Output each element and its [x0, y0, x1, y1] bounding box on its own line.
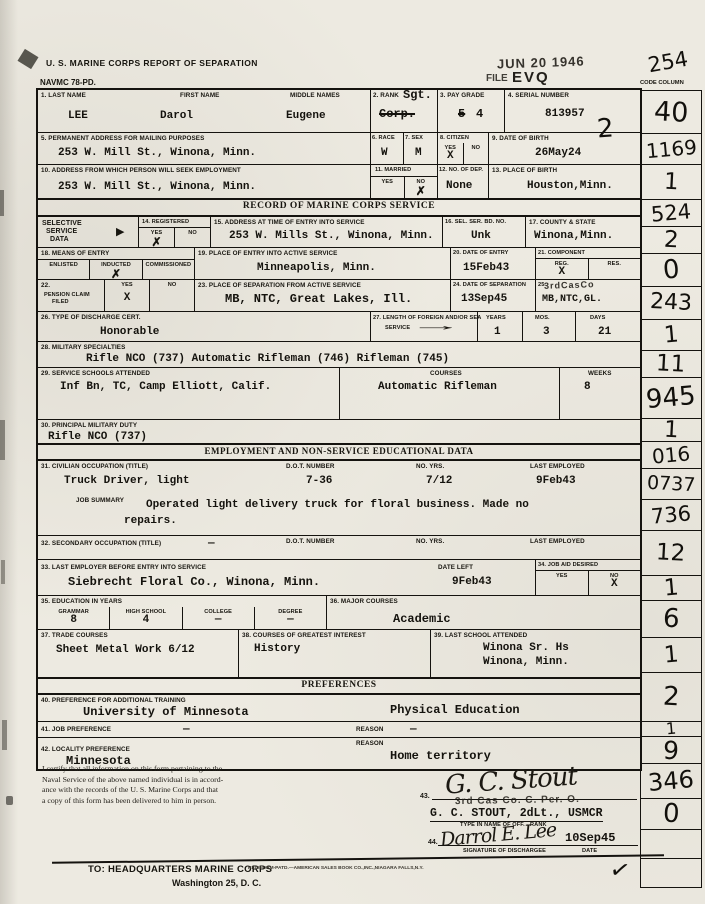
- trade-courses-value: Sheet Metal Work 6/12: [56, 644, 195, 657]
- sig43-number: 43.: [420, 793, 430, 800]
- f30-label: 30. PRINCIPAL MILITARY DUTY: [41, 422, 137, 429]
- enlisted-label: ENLISTED: [49, 262, 77, 268]
- row-last-employer: 33. LAST EMPLOYER BEFORE ENTRY INTO SERV…: [38, 559, 640, 595]
- seek-employment-address-value: 253 W. Mill St., Winona, Minn.: [58, 181, 256, 194]
- paygrade-struck: 5: [458, 108, 465, 122]
- date-left-label: DATE LEFT: [438, 564, 473, 571]
- occupation-value: Truck Driver, light: [64, 475, 189, 488]
- code-cell: 0737: [640, 469, 702, 500]
- training-course-value: Physical Education: [390, 704, 520, 718]
- pension-yes-cell: YES X: [105, 280, 149, 311]
- code-value: 6: [662, 606, 680, 633]
- code-value: 945: [645, 383, 697, 413]
- locality-reason-value: Home territory: [390, 750, 491, 764]
- f28-label: 28. MILITARY SPECIALTIES: [41, 344, 125, 351]
- officer-typed-name: G. C. STOUT, 2dLt., USMCR: [430, 807, 603, 822]
- f7-label: 7. SEX: [405, 135, 423, 141]
- registered-no-cell: NO: [174, 228, 210, 247]
- scan-smudge: [6, 796, 13, 805]
- f37-label: 37. TRADE COURSES: [41, 632, 108, 639]
- f22-label: 22.: [41, 282, 50, 289]
- first-name-value: Darol: [160, 110, 193, 123]
- section-preferences: PREFERENCES: [38, 677, 640, 695]
- school-value: Inf Bn, TC, Camp Elliott, Calif.: [60, 381, 271, 394]
- f32-label: 32. SECONDARY OCCUPATION (TITLE): [41, 540, 161, 547]
- commissioned-cell: COMMISSIONED: [142, 260, 194, 279]
- date-sublabel: DATE: [582, 848, 597, 854]
- code-value: 40: [653, 98, 689, 127]
- code-cell: 1: [640, 165, 702, 200]
- courses-value: Automatic Rifleman: [378, 381, 497, 394]
- high-school-value: 4: [110, 615, 181, 626]
- code-cell: 1169: [640, 134, 702, 165]
- code-cell: 346: [640, 764, 702, 799]
- race-value: W: [381, 147, 388, 160]
- dischargee-signature: Darrol E. Lee: [439, 819, 557, 851]
- months-value: 3: [543, 326, 550, 339]
- row-education: 35. EDUCATION IN YEARS GRAMMAR 8 HIGH SC…: [38, 595, 640, 629]
- dot-number-label: D.O.T. NUMBER: [286, 463, 335, 470]
- code-value: 1: [663, 576, 680, 600]
- date-of-entry-value: 15Feb43: [463, 262, 509, 275]
- bottom-rule: [52, 854, 664, 863]
- code-value: 2: [662, 684, 680, 711]
- job-aid-no-mark: X: [589, 579, 641, 590]
- code-cell-empty: [640, 830, 702, 859]
- code-cell: 2: [640, 673, 702, 722]
- scanned-form-page: U. S. MARINE CORPS REPORT OF SEPARATION …: [0, 0, 705, 904]
- row-service-schools: 29. SERVICE SCHOOLS ATTENDED Inf Bn, TC,…: [38, 367, 640, 419]
- code-value: 9: [662, 737, 679, 763]
- footer-to-line2: Washington 25, D. C.: [172, 878, 261, 888]
- pension-claim-label: PENSION CLAIM: [44, 292, 90, 298]
- certification-text: I certify that all information on this f…: [42, 764, 377, 806]
- pob-value: Houston,Minn.: [527, 180, 613, 193]
- code-cell: 9: [640, 737, 702, 764]
- pension-no-label: NO: [168, 282, 177, 288]
- section-employment-data: EMPLOYMENT AND NON-SERVICE EDUCATIONAL D…: [38, 443, 640, 461]
- code-value: 0737: [646, 473, 695, 495]
- code-cell: 1: [640, 576, 702, 601]
- registered-no-label: NO: [188, 230, 197, 236]
- no-yrs-label: NO. YRS.: [416, 463, 444, 470]
- job-aid-no-cell: NO X: [588, 571, 641, 595]
- row-secondary-occupation: 32. SECONDARY OCCUPATION (TITLE) — D.O.T…: [38, 535, 640, 559]
- form-title: U. S. MARINE CORPS REPORT OF SEPARATION: [46, 58, 258, 68]
- greatest-interest-value: History: [254, 643, 300, 656]
- grammar-cell: GRAMMAR 8: [38, 607, 109, 629]
- selective-arrow-icon: ▶: [116, 225, 124, 238]
- f14-label: 14. REGISTERED: [142, 219, 189, 225]
- code-column-label: CODE COLUMN: [640, 80, 684, 86]
- file-stamp: EVQ: [512, 69, 550, 86]
- training-preference-value: University of Minnesota: [83, 706, 249, 720]
- separation-unit-value: MB,NTC,GL.: [542, 294, 602, 306]
- row-separation: 22. PENSION CLAIM FILED YES X NO 23. PLA…: [38, 279, 640, 311]
- f31-label: 31. CIVILIAN OCCUPATION (TITLE): [41, 463, 148, 470]
- f20-label: 20. DATE OF ENTRY: [453, 250, 508, 256]
- courses-label: COURSES: [430, 370, 462, 377]
- code-cell: 736: [640, 500, 702, 531]
- grammar-value: 8: [38, 615, 109, 626]
- reason-label-42: REASON: [356, 740, 384, 747]
- place-of-separation-value: MB, NTC, Great Lakes, Ill.: [225, 293, 412, 307]
- principal-duty-value: Rifle NCO (737): [48, 431, 147, 444]
- last-school-line2: Winona, Minn.: [483, 656, 569, 669]
- f5-label: 5. PERMANENT ADDRESS FOR MAILING PURPOSE…: [41, 135, 204, 142]
- married-yes-label: YES: [382, 179, 394, 185]
- code-cell: 0: [640, 799, 702, 830]
- married-no-cell: NO ✗: [404, 177, 438, 198]
- f19-label: 19. PLACE OF ENTRY INTO ACTIVE SERVICE: [198, 250, 337, 257]
- months-label: MOS.: [535, 315, 550, 321]
- citizen-yes-cell: YES X: [438, 143, 463, 164]
- code-cell: 2: [640, 227, 702, 254]
- footer-to-line1: TO: HEADQUARTERS MARINE CORPS: [88, 864, 272, 875]
- specialties-value: Rifle NCO (737) Automatic Rifleman (746)…: [86, 353, 449, 366]
- first-name-label: FIRST NAME: [180, 92, 219, 99]
- commissioned-label: COMMISSIONED: [145, 262, 191, 268]
- scan-smudge: [18, 49, 39, 69]
- sig44-number: 44.: [428, 839, 438, 846]
- row-selective-service: SELECTIVE SERVICE DATA ▶ 14. REGISTERED …: [38, 217, 640, 247]
- f36-label: 36. MAJOR COURSES: [330, 598, 398, 605]
- code-cell-empty: [640, 859, 702, 888]
- years-value: 1: [494, 326, 501, 339]
- entry-address-value: 253 W. Mills St., Winona, Minn.: [229, 230, 434, 243]
- selective-block-line2: SERVICE: [46, 228, 77, 236]
- mailing-address-value: 253 W. Mill St., Winona, Minn.: [58, 147, 256, 160]
- code-value: 0: [662, 801, 680, 828]
- no-yrs-value: 7/12: [426, 475, 452, 488]
- selective-block-line3: DATA: [50, 236, 69, 244]
- f16-label: 16. SEL. SER. BD. NO.: [445, 219, 506, 225]
- casual-company-stamp: 3rd Cas Co. C. Per. O.: [455, 794, 580, 807]
- cert-line1: I certify that all information on this f…: [42, 764, 377, 775]
- scan-smudge: [0, 190, 4, 216]
- f15-label: 15. ADDRESS AT TIME OF ENTRY INTO SERVIC…: [214, 219, 365, 226]
- f34-label: 34. JOB AID DESIRED: [538, 562, 598, 568]
- discharge-type-value: Honorable: [100, 326, 159, 339]
- enlisted-cell: ENLISTED: [38, 260, 89, 279]
- job-summary-line2: repairs.: [124, 515, 177, 528]
- job-summary-label: JOB SUMMARY: [76, 497, 124, 504]
- citizen-no-cell: NO: [463, 143, 489, 164]
- dependents-value: None: [446, 180, 472, 193]
- married-no-mark: ✗: [405, 185, 438, 197]
- sig44-sublabel: SIGNATURE OF DISCHARGEE: [463, 848, 546, 854]
- no-yrs-label2: NO. YRS.: [416, 538, 444, 545]
- file-stamp-label: FILE: [486, 73, 508, 84]
- days-value: 21: [598, 326, 611, 339]
- f13-label: 13. PLACE OF BIRTH: [492, 167, 557, 174]
- code-cell: 524: [640, 200, 702, 227]
- code-value: 524: [650, 201, 692, 225]
- row-discharge-type: 26. TYPE OF DISCHARGE CERT. Honorable 27…: [38, 311, 640, 341]
- code-cell: 12: [640, 531, 702, 576]
- f24-label: 24. DATE OF SEPARATION: [453, 282, 526, 288]
- component-reg-cell: REG. X: [536, 259, 588, 279]
- row-principal-duty: 30. PRINCIPAL MILITARY DUTY Rifle NCO (7…: [38, 419, 640, 443]
- f2-label: 2. RANK: [373, 92, 399, 99]
- code-cell: 11: [640, 351, 702, 378]
- registered-yes-cell: YES ✗: [139, 228, 174, 247]
- rank-struck-value: Corp.: [379, 108, 415, 122]
- code-value: 1: [663, 323, 680, 347]
- f41-label: 41. JOB PREFERENCE: [41, 726, 111, 733]
- code-column: 40 1169 1 524 2 0 243 1 11 945 1 016 073…: [640, 90, 702, 888]
- code-cell: 0: [640, 254, 702, 287]
- f40-label: 40. PREFERENCE FOR ADDITIONAL TRAINING: [41, 697, 186, 704]
- rank-new-value: Sgt.: [403, 89, 432, 103]
- f12-label: 12. NO. OF DEP.: [439, 167, 483, 173]
- f35-label: 35. EDUCATION IN YEARS: [41, 598, 122, 605]
- serial-number-value: 813957: [545, 108, 585, 121]
- row-job-preference: 41. JOB PREFERENCE — REASON —: [38, 721, 640, 737]
- row-trade-courses: 37. TRADE COURSES Sheet Metal Work 6/12 …: [38, 629, 640, 677]
- last-employed-label2: LAST EMPLOYED: [530, 538, 585, 545]
- f17-label: 17. COUNTY & STATE: [529, 219, 596, 226]
- dot-number-value: 7-36: [306, 475, 332, 488]
- section-record-of-service: RECORD OF MARINE CORPS SERVICE: [38, 198, 640, 217]
- cert-line3: ance with the records of the U. S. Marin…: [42, 785, 377, 796]
- pension-filed-label: FILED: [52, 299, 69, 305]
- board-number-value: Unk: [471, 230, 491, 243]
- code-value: 11: [656, 352, 686, 377]
- weeks-value: 8: [584, 381, 591, 394]
- last-school-line1: Winona Sr. Hs: [483, 642, 569, 655]
- code-value: 346: [647, 767, 695, 795]
- f38-label: 38. COURSES OF GREATEST INTEREST: [242, 632, 366, 639]
- row-employment-address: 10. ADDRESS FROM WHICH PERSON WILL SEEK …: [38, 164, 640, 198]
- code-value: 12: [656, 541, 686, 566]
- job-aid-yes-label: YES: [556, 573, 568, 579]
- form-number: NAVMC 78-PD.: [40, 78, 96, 87]
- paygrade-value: 4: [476, 108, 483, 122]
- reason-label-41: REASON: [356, 726, 384, 733]
- secondary-occupation-dash: —: [208, 538, 215, 551]
- high-school-cell: HIGH SCHOOL 4: [109, 607, 181, 629]
- sex-value: M: [415, 147, 422, 160]
- code-value: 736: [650, 503, 692, 527]
- f26-label: 26. TYPE OF DISCHARGE CERT.: [41, 314, 141, 321]
- code-cell: 1: [640, 722, 702, 737]
- printer-note: REDIFORM-PATD.—AMERICAN SALES BOOK CO.,I…: [248, 866, 424, 871]
- discharge-date-value: 10Sep45: [565, 832, 615, 846]
- code-cell: 6: [640, 601, 702, 638]
- row-civilian-occupation: 31. CIVILIAN OCCUPATION (TITLE) D.O.T. N…: [38, 461, 640, 491]
- component-res-label: RES.: [608, 261, 621, 267]
- f9-label: 9. DATE OF BIRTH: [492, 135, 549, 142]
- code-cell: 016: [640, 442, 702, 469]
- weeks-label: WEEKS: [588, 370, 612, 377]
- code-value: 243: [649, 291, 692, 315]
- pension-no-cell: NO: [149, 280, 194, 311]
- code-cell: 1: [640, 638, 702, 673]
- last-employed-value: 9Feb43: [536, 475, 576, 488]
- code-value: 016: [651, 443, 691, 466]
- job-aid-yes-cell: YES: [536, 571, 588, 595]
- college-value: —: [183, 615, 254, 626]
- scan-smudge: [0, 420, 5, 460]
- last-employer-value: Siebrecht Floral Co., Winona, Minn.: [68, 576, 320, 590]
- f4-label: 4. SERIAL NUMBER: [508, 92, 569, 99]
- last-name-value: LEE: [68, 110, 88, 123]
- county-state-value: Winona,Minn.: [534, 230, 613, 243]
- f42-label: 42. LOCALITY PREFERENCE: [41, 746, 130, 753]
- footer-checkmark: ✓: [608, 856, 633, 884]
- cert-line2: Naval Service of the above named individ…: [42, 775, 377, 786]
- separation-unit-stamp: 3rdCasCo: [544, 279, 595, 291]
- f18-label: 18. MEANS OF ENTRY: [41, 250, 109, 257]
- code-value: 1169: [645, 137, 697, 161]
- separation-form: 1. LAST NAME FIRST NAME MIDDLE NAMES LEE…: [36, 88, 642, 771]
- code-cell: 1: [640, 320, 702, 351]
- margin-number: 254: [646, 49, 689, 77]
- dot-number-label2: D.O.T. NUMBER: [286, 538, 335, 545]
- f10-label: 10. ADDRESS FROM WHICH PERSON WILL SEEK …: [41, 167, 241, 174]
- f27-arrow-icon: →: [409, 318, 464, 333]
- citizen-yes-mark: X: [438, 151, 463, 162]
- pension-yes-label: YES: [121, 282, 133, 288]
- college-cell: COLLEGE —: [182, 607, 254, 629]
- component-reg-mark: X: [536, 267, 588, 278]
- selective-block-line1: SELECTIVE: [42, 220, 82, 228]
- f6-label: 6. RACE: [372, 135, 395, 141]
- major-courses-value: Academic: [393, 613, 451, 627]
- f1-label: 1. LAST NAME: [41, 92, 86, 99]
- code-cell: 1: [640, 419, 702, 442]
- degree-cell: DEGREE —: [254, 607, 326, 629]
- pension-yes-mark: X: [105, 293, 149, 304]
- f29-label: 29. SERVICE SCHOOLS ATTENDED: [41, 370, 150, 377]
- reason-dash-41: —: [410, 724, 417, 737]
- job-summary-line1: Operated light delivery truck for floral…: [146, 499, 529, 512]
- years-label: YEARS: [486, 315, 506, 321]
- last-employed-label: LAST EMPLOYED: [530, 463, 585, 470]
- component-res-cell: RES.: [588, 259, 641, 279]
- code-cell: 243: [640, 287, 702, 320]
- scan-smudge: [2, 720, 7, 750]
- row-training-preference: 40. PREFERENCE FOR ADDITIONAL TRAINING U…: [38, 695, 640, 721]
- code-value: 2: [663, 228, 679, 252]
- sig44-line: [438, 845, 638, 846]
- f39-label: 39. LAST SCHOOL ATTENDED: [434, 632, 527, 639]
- days-label: DAYS: [590, 315, 605, 321]
- code-value: 0: [662, 256, 681, 283]
- f8-label: 8. CITIZEN: [440, 135, 469, 141]
- code-cell: 40: [640, 90, 702, 134]
- citizen-no-label: NO: [471, 145, 480, 151]
- job-preference-dash: —: [183, 724, 190, 737]
- date-left-value: 9Feb43: [452, 576, 492, 589]
- code-value: 1: [663, 418, 679, 442]
- f3-label: 3. PAY GRADE: [440, 92, 484, 99]
- married-yes-cell: YES: [371, 177, 404, 198]
- f33-label: 33. LAST EMPLOYER BEFORE ENTRY INTO SERV…: [41, 564, 206, 571]
- cert-line4: a copy of this form has been delivered t…: [42, 796, 377, 807]
- row-address-birth: 5. PERMANENT ADDRESS FOR MAILING PURPOSE…: [38, 132, 640, 164]
- code-value: 1: [663, 643, 680, 667]
- f11-label: 11. MARRIED: [375, 167, 411, 173]
- middle-name-value: Eugene: [286, 110, 326, 123]
- code-cell: 945: [640, 378, 702, 419]
- degree-value: —: [255, 615, 326, 626]
- dob-value: 26May24: [535, 147, 581, 160]
- row-military-specialties: 28. MILITARY SPECIALTIES Rifle NCO (737)…: [38, 341, 640, 367]
- inducted-cell: INDUCTED ✗: [89, 260, 141, 279]
- row-means-of-entry: 18. MEANS OF ENTRY ENLISTED INDUCTED ✗ C…: [38, 247, 640, 279]
- f27-label-line2: SERVICE: [385, 325, 410, 331]
- place-of-entry-value: Minneapolis, Minn.: [257, 262, 376, 275]
- middle-names-label: MIDDLE NAMES: [290, 92, 340, 99]
- scan-smudge: [1, 560, 5, 584]
- f21-label: 21. COMPONENT: [538, 250, 585, 256]
- row-name-rank: 1. LAST NAME FIRST NAME MIDDLE NAMES LEE…: [38, 90, 640, 132]
- code-value: 1: [663, 170, 679, 194]
- f23-label: 23. PLACE OF SEPARATION FROM ACTIVE SERV…: [198, 282, 361, 289]
- row-job-summary: JOB SUMMARY Operated light delivery truc…: [38, 491, 640, 535]
- date-of-separation-value: 13Sep45: [461, 293, 507, 306]
